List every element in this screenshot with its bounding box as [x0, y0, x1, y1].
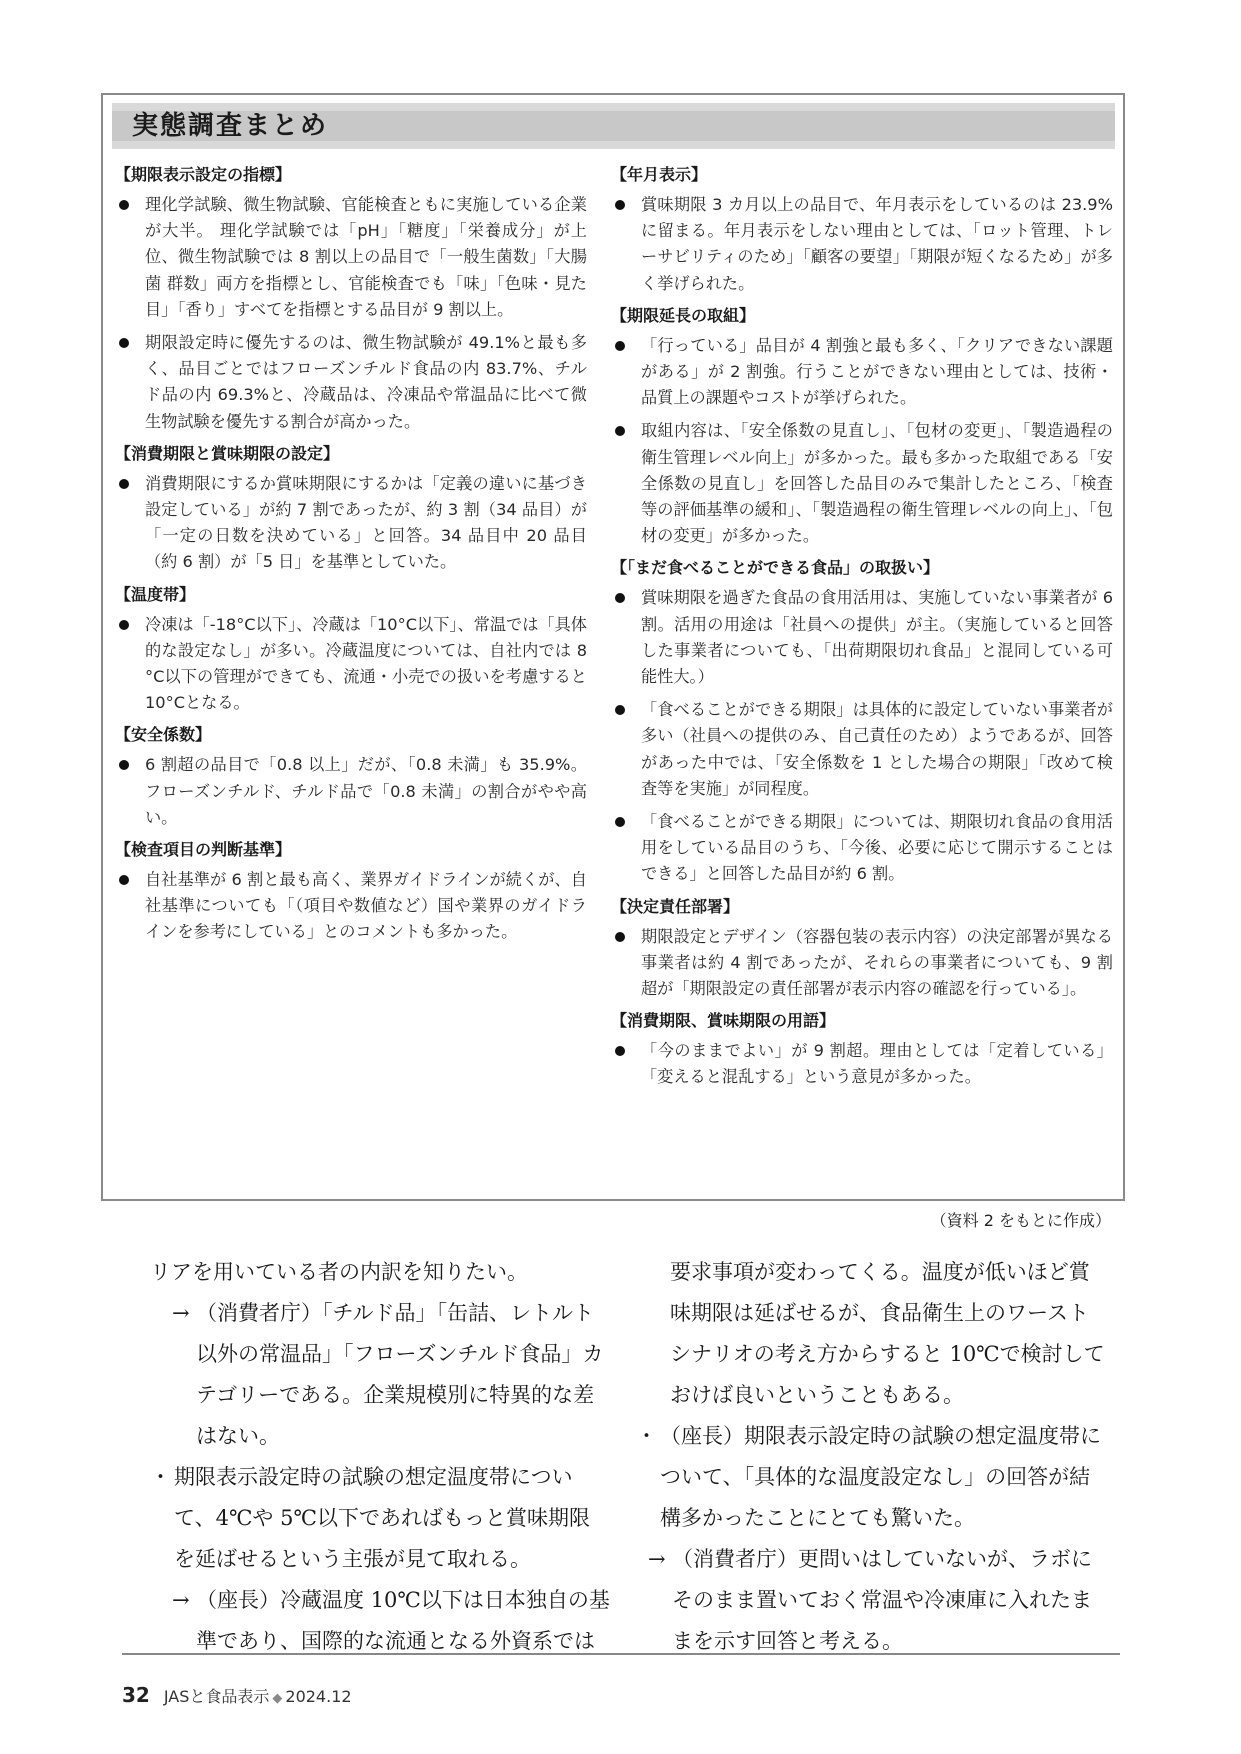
bullet-item: 6 割超の品目で「0.8 以上」だが、「0.8 未満」も 35.9%。フローズン…	[117, 752, 587, 831]
bullet-item: 期限設定時に優先するのは、微生物試験が 49.1%と最も多く、品目ごとではフロー…	[117, 330, 587, 435]
bullet-item: 「食べることができる期限」については、期限切れ食品の食用活用をしている品目のうち…	[613, 809, 1113, 888]
section-use-by-best-before: 【消費期限と賞味期限の設定】 消費期限にするか賞味期限にするかは「定義の違いに基…	[117, 442, 587, 576]
section-heading: 【検査項目の判断基準】	[115, 838, 587, 862]
bullet-dot-icon	[119, 479, 129, 489]
body-text-right-column: 要求事項が変わってくる。温度が低いほど賞味期限は延ばせるが、食品衛生上のワースト…	[648, 1252, 1108, 1662]
arrow-icon: →	[172, 1580, 190, 1621]
section-responsible-department: 【決定責任部署】 期限設定とデザイン（容器包装の表示内容）の決定部署が異なる事業…	[613, 895, 1113, 1003]
title-band: 実態調査まとめ	[112, 103, 1115, 149]
section-expiry-indicators: 【期限表示設定の指標】 理化学試験、微生物試験、官能検査ともに実施している企業が…	[117, 163, 587, 435]
bullet-item: 消費期限にするか賞味期限にするかは「定義の違いに基づき設定している」が約 7 割…	[117, 471, 587, 576]
footer-divider	[122, 1653, 1120, 1655]
section-heading: 【決定責任部署】	[611, 895, 1113, 919]
page-footer: 32 JASと食品表示 ◆ 2024.12	[122, 1683, 352, 1707]
body-text-left-column: リアを用いている者の内訳を知りたい。 → （消費者庁）「チルド品」「缶詰、レトル…	[150, 1252, 610, 1662]
bullet-dot-icon	[615, 932, 625, 942]
section-heading: 【期限表示設定の指標】	[115, 163, 587, 187]
bullet-item: 「今のままでよい」が 9 割超。理由としては「定着している」「変えると混乱する」…	[613, 1038, 1113, 1090]
bullet-item: 賞味期限 3 カ月以上の品目で、年月表示をしているのは 23.9%に留まる。年月…	[613, 192, 1113, 297]
body-paragraph-continued: 要求事項が変わってくる。温度が低いほど賞味期限は延ばせるが、食品衛生上のワースト…	[648, 1252, 1108, 1416]
section-heading: 【温度帯】	[115, 583, 587, 607]
arrow-icon: →	[648, 1539, 666, 1580]
bullet-dot-icon	[119, 620, 129, 630]
arrow-icon: →	[172, 1293, 190, 1334]
bullet-item: 冷凍は「-18°C以下」、冷蔵は「10°C以下」、常温では「具体的な設定なし」が…	[117, 612, 587, 717]
bullet-dot-icon	[119, 875, 129, 885]
section-heading: 【期限延長の取組】	[611, 304, 1113, 328]
body-paragraph-reply: → （消費者庁）「チルド品」「缶詰、レトルト以外の常温品」「フローズンチルド食品…	[150, 1293, 610, 1457]
section-safety-factor: 【安全係数】 6 割超の品目で「0.8 以上」だが、「0.8 未満」も 35.9…	[117, 723, 587, 831]
bullet-dot-icon	[615, 817, 625, 827]
section-heading: 【年月表示】	[611, 163, 1113, 187]
source-note: （資料 2 をもとに作成）	[931, 1208, 1111, 1231]
section-still-edible-food: 【「まだ食べることができる食品」の取扱い】 賞味期限を過ぎた食品の食用活用は、実…	[613, 556, 1113, 887]
body-paragraph-comment: ・ 期限表示設定時の試験の想定温度帯について、4℃や 5℃以下であればもっと賞味…	[150, 1457, 610, 1580]
section-extension-efforts: 【期限延長の取組】 「行っている」品目が 4 割強と最も多く、「クリアできない課…	[613, 304, 1113, 550]
bullet-item: 理化学試験、微生物試験、官能検査ともに実施している企業が大半。 理化学試験では「…	[117, 192, 587, 323]
right-column: 【年月表示】 賞味期限 3 カ月以上の品目で、年月表示をしているのは 23.9%…	[613, 161, 1113, 1098]
body-paragraph: リアを用いている者の内訳を知りたい。	[150, 1252, 610, 1293]
bullet-item: 賞味期限を過ぎた食品の食用活用は、実施していない事業者が 6 割。活用の用途は「…	[613, 585, 1113, 690]
bullet-dot-icon: ・	[636, 1416, 657, 1457]
section-heading: 【安全係数】	[115, 723, 587, 747]
bullet-dot-icon	[119, 200, 129, 210]
section-year-month-display: 【年月表示】 賞味期限 3 カ月以上の品目で、年月表示をしているのは 23.9%…	[613, 163, 1113, 297]
section-terminology: 【消費期限、賞味期限の用語】 「今のままでよい」が 9 割超。理由としては「定着…	[613, 1009, 1113, 1090]
bullet-dot-icon	[615, 705, 625, 715]
bullet-dot-icon	[615, 200, 625, 210]
bullet-item: 取組内容は、「安全係数の見直し」、「包材の変更」、「製造過程の衛生管理レベル向上…	[613, 418, 1113, 549]
bullet-dot-icon	[615, 426, 625, 436]
bullet-item: 自社基準が 6 割と最も高く、業界ガイドラインが続くが、自社基準についても「（項…	[117, 867, 587, 946]
publication-name: JASと食品表示	[164, 1684, 270, 1707]
bullet-dot-icon	[615, 341, 625, 351]
section-heading: 【「まだ食べることができる食品」の取扱い】	[611, 556, 1113, 580]
bullet-dot-icon	[615, 1046, 625, 1056]
section-heading: 【消費期限、賞味期限の用語】	[611, 1009, 1113, 1033]
body-paragraph-comment: ・ （座長）期限表示設定時の試験の想定温度帯について、「具体的な温度設定なし」の…	[636, 1416, 1108, 1539]
bullet-dot-icon	[119, 338, 129, 348]
diamond-icon: ◆	[272, 1691, 282, 1706]
body-paragraph-reply: → （消費者庁）更問いはしていないが、ラボにそのまま置いておく常温や冷凍庫に入れ…	[626, 1539, 1108, 1662]
bullet-dot-icon	[119, 760, 129, 770]
body-paragraph-reply: → （座長）冷蔵温度 10℃以下は日本独自の基準であり、国際的な流通となる外資系…	[150, 1580, 610, 1662]
bullet-item: 「行っている」品目が 4 割強と最も多く、「クリアできない課題がある」が 2 割…	[613, 333, 1113, 412]
issue-date: 2024.12	[285, 1687, 351, 1706]
section-heading: 【消費期限と賞味期限の設定】	[115, 442, 587, 466]
left-column: 【期限表示設定の指標】 理化学試験、微生物試験、官能検査ともに実施している企業が…	[117, 161, 587, 953]
bullet-item: 期限設定とデザイン（容器包装の表示内容）の決定部署が異なる事業者は約 4 割であ…	[613, 924, 1113, 1003]
page-number: 32	[122, 1683, 150, 1707]
bullet-dot-icon: ・	[150, 1457, 171, 1498]
section-temperature-band: 【温度帯】 冷凍は「-18°C以下」、冷蔵は「10°C以下」、常温では「具体的な…	[117, 583, 587, 717]
bullet-item: 「食べることができる期限」は具体的に設定していない事業者が多い（社員への提供のみ…	[613, 697, 1113, 802]
bullet-dot-icon	[615, 593, 625, 603]
section-inspection-criteria: 【検査項目の判断基準】 自社基準が 6 割と最も高く、業界ガイドラインが続くが、…	[117, 838, 587, 946]
box-title: 実態調査まとめ	[132, 109, 328, 143]
survey-summary-box: 実態調査まとめ 【期限表示設定の指標】 理化学試験、微生物試験、官能検査ともに実…	[101, 93, 1125, 1201]
